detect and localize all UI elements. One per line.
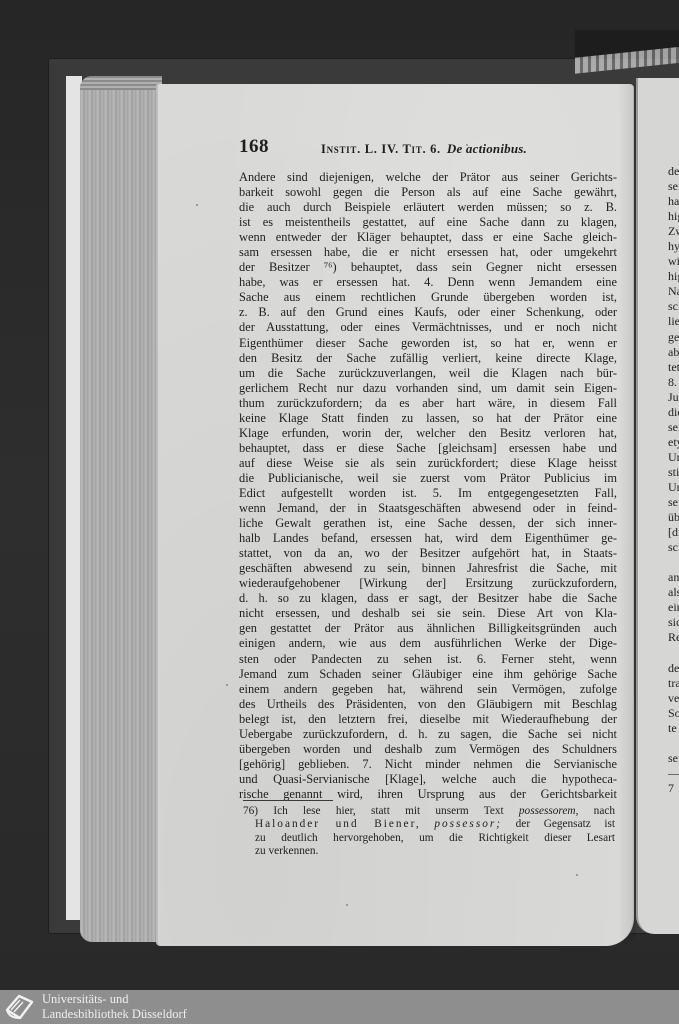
text-line: um die Sache zurückzuverlangen, weil die…	[239, 366, 617, 381]
right-page-fragment: 7	[668, 781, 679, 796]
text-line: z. B. auf den Grund eines Kaufs, oder ei…	[239, 305, 617, 320]
right-page-fragment: sti	[668, 465, 679, 480]
text-line: wenn entweder der Kläger behauptet, dass…	[239, 230, 617, 245]
text-line: übergeben worden und deshalb zum Vermöge…	[239, 742, 617, 757]
right-page: deseihahigZwhywihigNasclliegeabtet8.Judi…	[636, 78, 679, 934]
running-head-subtitle: De actionibus.	[447, 141, 527, 156]
footnote-italic: possessorem	[519, 805, 576, 817]
right-page-fragment: scl	[668, 540, 679, 555]
text-line: geschäften abwesend zu sein, binnen Jahr…	[239, 561, 617, 576]
text-line: liche Gewalt gerathen ist, eine Sache de…	[239, 516, 617, 531]
body-text: Andere sind diejenigen, welche der Präto…	[239, 170, 617, 802]
right-page-fragment: hig	[668, 209, 679, 224]
text-line: barkeit sowohl gegen die Person als auf …	[239, 185, 617, 200]
text-line: einem andern gegeben hat, während sein V…	[239, 682, 617, 697]
right-page-fragment: tet	[668, 360, 679, 375]
text-line: sam ersessen habe, die er nicht ersessen…	[239, 245, 617, 260]
text-line: ist es meistentheils gestattet, auf eine…	[239, 215, 617, 230]
right-page-fragment: Na	[668, 284, 679, 299]
right-page-fragment: Ju	[668, 390, 679, 405]
text-line: d. h. so zu klagen, dass er sagt, der Be…	[239, 591, 617, 606]
text-line: Uebergabe zurückzufordern, d. h. zu sage…	[239, 727, 617, 742]
right-page-fragment	[668, 555, 679, 570]
footnote: 76) Ich lese hier, statt mit unserm Text…	[243, 805, 615, 859]
right-page-fragment: lie	[668, 314, 679, 329]
footnote-rule	[243, 800, 333, 801]
footnote-line: Haloander und Biener, possessor; der Geg…	[243, 818, 615, 831]
right-page-fragment: —	[668, 766, 679, 781]
right-page-fragment: ha	[668, 194, 679, 209]
text-line: die Publicianische, weil sie zuerst vom …	[239, 471, 617, 486]
right-page-fragment: sei	[668, 495, 679, 510]
text-line: Eigenthümer dieser Sache geworden ist, s…	[239, 336, 617, 351]
right-page-fragment: ein	[668, 600, 679, 615]
right-page-fragment: als	[668, 585, 679, 600]
text-line: gerlichem Recht nur dazu vorhanden sind,…	[239, 381, 617, 396]
running-head-book: Instit. L. IV. Tit. 6.	[321, 142, 441, 156]
library-name: Universitäts- und Landesbibliothek Düsse…	[42, 992, 187, 1022]
footnote-spaced-names: Haloander und Biener,	[255, 818, 421, 830]
right-page-fragment: ety	[668, 435, 679, 450]
gutter-shadow	[618, 84, 636, 946]
text-line: Andere sind diejenigen, welche der Präto…	[239, 170, 617, 185]
page-edges	[80, 76, 162, 942]
right-page-fragment: sei	[668, 420, 679, 435]
text-line: halb Landes befand, ersessen hat, wird d…	[239, 531, 617, 546]
right-page-fragment: sei	[668, 751, 679, 766]
right-page-fragment	[668, 646, 679, 661]
text-line: stattet, von da an, wo der Besitzer aufg…	[239, 546, 617, 561]
book-scan: deseihahigZwhywihigNasclliegeabtet8.Judi…	[0, 0, 679, 990]
right-page-fragment: 8.	[668, 375, 679, 390]
text-line: der Besitzer ⁷⁶) behauptet, dass sein Ge…	[239, 260, 617, 275]
text-line: sten oder Pandecten zu sehen ist. 6. Fer…	[239, 652, 617, 667]
text-line: belegt ist, den letztern frei, dieselbe …	[239, 712, 617, 727]
paper-speck	[346, 904, 348, 906]
text-line: [gehörig] geblieben. 7. Nicht minder neh…	[239, 757, 617, 772]
footnote-line: zu verkennen.	[243, 845, 615, 858]
paper-speck	[226, 684, 228, 686]
text-line: einigen andern, wie aus dem ausführliche…	[239, 636, 617, 651]
page-number: 168	[239, 136, 269, 158]
text-line: wiederaufgehobener [Wirkung der] Ersitzu…	[239, 576, 617, 591]
right-page-fragment: de	[668, 661, 679, 676]
right-page-fragment: scl	[668, 299, 679, 314]
right-page-fragment: Re	[668, 630, 679, 645]
book-logo-icon	[3, 992, 35, 1022]
right-page-fragment	[668, 736, 679, 751]
text-line: der Ausstattung, oder eines Vermächtniss…	[239, 320, 617, 335]
right-page-fragment: hy	[668, 239, 679, 254]
right-page-fragment: te	[668, 721, 679, 736]
text-line: gen gestattet der Prätor aus ähnlichen B…	[239, 621, 617, 636]
footnote-line: 76) Ich lese hier, statt mit unserm Text…	[243, 805, 615, 818]
right-page-fragment: ve	[668, 691, 679, 706]
right-page-fragment: die	[668, 405, 679, 420]
text-line: habe, was er ersessen hat. 4. Denn wenn …	[239, 275, 617, 290]
library-footer: Universitäts- und Landesbibliothek Düsse…	[0, 990, 679, 1024]
text-line: des Urtheils des Präsidenten, von den Gl…	[239, 697, 617, 712]
right-page-fragment: hig	[668, 269, 679, 284]
text-line: die auch durch Beispiele erläutert werde…	[239, 200, 617, 215]
text-line: auf diese Weise sie als sein zurückforde…	[239, 456, 617, 471]
text-line: Jemand zum Schaden seiner Gläubiger eine…	[239, 667, 617, 682]
text-line: keine Klage Statt finden zu lassen, so h…	[239, 411, 617, 426]
library-name-line2: Landesbibliothek Düsseldorf	[42, 1007, 187, 1022]
right-page-fragment: So	[668, 706, 679, 721]
right-page-fragment: üb	[668, 510, 679, 525]
footnote-marker: 76)	[243, 805, 258, 817]
text-line: Edict aufgestellt worden ist. 5. Im entg…	[239, 486, 617, 501]
paper-speck	[196, 204, 198, 206]
text-line: thum zurückzufordern; da es aber hart wä…	[239, 396, 617, 411]
text-line: behauptet, dass er diese Sache [gleichsa…	[239, 441, 617, 456]
text-line: und Quasi-Servianische [Klage], welche a…	[239, 772, 617, 787]
right-page-fragment: ab	[668, 345, 679, 360]
paper-speck	[576, 874, 578, 876]
right-page-fragment: sei	[668, 179, 679, 194]
right-page-fragment: Ur	[668, 450, 679, 465]
right-page-fragment: [di	[668, 525, 679, 540]
text-line: wenn Jemand, der in Staatsgeschäften abw…	[239, 501, 617, 516]
text-line: den Besitz der Sache zufällig verliert, …	[239, 351, 617, 366]
right-page-fragment: tra	[668, 676, 679, 691]
library-name-line1: Universitäts- und	[42, 992, 187, 1007]
right-page-fragment: Zw	[668, 224, 679, 239]
right-page-fragment: an	[668, 570, 679, 585]
footnote-italic: possessor;	[434, 818, 502, 830]
right-page-fragment: wi	[668, 254, 679, 269]
text-line: Sache aus einem rechtlichen Grunde überg…	[239, 290, 617, 305]
right-page-fragment: ge	[668, 330, 679, 345]
right-page-fragment: de	[668, 164, 679, 179]
right-page-fragment: Ur	[668, 480, 679, 495]
footnote-line: zu deutlich hervorgehoben, um die Richti…	[243, 832, 615, 845]
text-line: Klage erfunden, worin der, welcher den B…	[239, 426, 617, 441]
running-head-title: Instit. L. IV. Tit. 6.De actionibus.	[321, 141, 527, 157]
text-line: nicht ersessen, und deshalb sei sie sein…	[239, 606, 617, 621]
running-head: 168 Instit. L. IV. Tit. 6.De actionibus.	[239, 136, 619, 158]
right-page-fragment: sic	[668, 615, 679, 630]
right-page-text-fragments: deseihahigZwhywihigNasclliegeabtet8.Judi…	[668, 164, 679, 796]
